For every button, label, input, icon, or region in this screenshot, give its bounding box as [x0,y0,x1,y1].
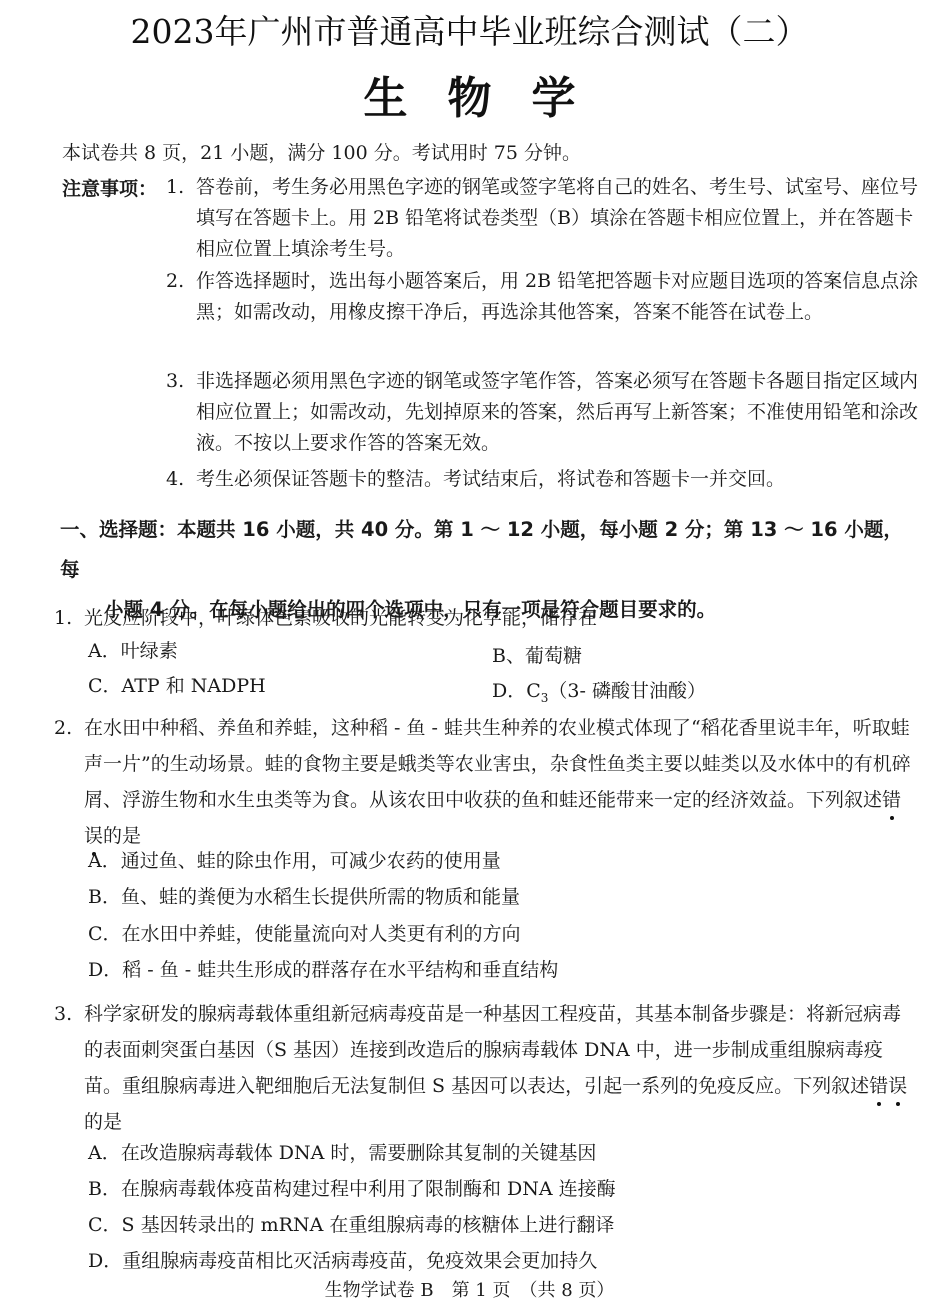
option-c[interactable]: C．S 基因转录出的 mRNA 在重组腺病毒的核糖体上进行翻译 [88,1210,614,1237]
note-text: 作答选择题时，选出每小题答案后，用 2B 铅笔把答题卡对应题目选项的答案信息点涂… [196,266,926,328]
note-item: 2. 作答选择题时，选出每小题答案后，用 2B 铅笔把答题卡对应题目选项的答案信… [166,266,926,328]
note-item: 3. 非选择题必须用黑色字迹的钢笔或签字笔作答，答案必须写在答题卡各题目指定区域… [166,366,926,459]
stem-text: 在水田中种稻、养鱼和养蛙，这种稻 - 鱼 - 蛙共生种养的农业模式体现了“稻花香… [84,717,911,811]
question-2: 2. 在水田中种稻、养鱼和养蛙，这种稻 - 鱼 - 蛙共生种养的农业模式体现了“… [54,710,914,854]
exam-page: 2023年广州市普通高中毕业班综合测试（二） 生物学 本试卷共 8 页，21 小… [0,0,939,1314]
stem-text: 的是 [103,825,141,847]
section-line-1: 一、选择题：本题共 16 小题，共 40 分。第 1 ～ 12 小题，每小题 2… [60,518,903,581]
option-b[interactable]: B．在腺病毒载体疫苗构建过程中利用了限制酶和 DNA 连接酶 [88,1174,616,1201]
emphasis-char: 错 [882,789,901,811]
question-stem: 在水田中种稻、养鱼和养蛙，这种稻 - 鱼 - 蛙共生种养的农业模式体现了“稻花香… [84,710,914,854]
option-d[interactable]: D．C3（3- 磷酸甘油酸） [492,676,706,705]
option-a[interactable]: A．叶绿素 [88,636,178,663]
note-item: 4. 考生必须保证答题卡的整洁。考试结束后，将试卷和答题卡一并交回。 [166,464,926,495]
note-number: 1. [166,172,192,203]
question-number: 2. [54,710,72,746]
stem-text: 科学家研发的腺病毒载体重组新冠病毒疫苗是一种基因工程疫苗，其基本制备步骤是：将新… [84,1003,901,1097]
option-d-prefix: D．C [492,680,541,702]
note-text: 非选择题必须用黑色字迹的钢笔或签字笔作答，答案必须写在答题卡各题目指定区域内相应… [196,366,926,459]
note-text: 考生必须保证答题卡的整洁。考试结束后，将试卷和答题卡一并交回。 [196,464,926,495]
page-footer: 生物学试卷 B 第 1 页 （共 8 页） [0,1276,939,1302]
option-c[interactable]: C．ATP 和 NADPH [88,671,266,698]
option-b[interactable]: B、葡萄糖 [492,641,582,668]
emphasis-char: 误 [84,825,103,847]
option-d[interactable]: D．重组腺病毒疫苗相比灭活病毒疫苗，免疫效果会更加持久 [88,1246,597,1273]
question-3: 3. 科学家研发的腺病毒载体重组新冠病毒疫苗是一种基因工程疫苗，其基本制备步骤是… [54,996,914,1140]
subject-title: 生物学 [0,62,939,126]
note-number: 2. [166,266,192,297]
emphasis-char: 错 [869,1075,888,1097]
option-a[interactable]: A．在改造腺病毒载体 DNA 时，需要删除其复制的关键基因 [88,1138,596,1165]
option-b[interactable]: B．鱼、蛙的粪便为水稻生长提供所需的物质和能量 [88,882,520,909]
exam-intro: 本试卷共 8 页，21 小题，满分 100 分。考试用时 75 分钟。 [62,138,581,165]
question-stem: 光反应阶段中，叶绿体色素吸收的光能转变为化学能，储存在 [84,600,914,636]
note-number: 3. [166,366,192,397]
option-d-suffix: （3- 磷酸甘油酸） [548,680,706,702]
question-stem: 科学家研发的腺病毒载体重组新冠病毒疫苗是一种基因工程疫苗，其基本制备步骤是：将新… [84,996,914,1140]
question-number: 3. [54,996,72,1032]
notes-label: 注意事项： [62,174,157,201]
note-number: 4. [166,464,192,495]
option-d[interactable]: D．稻 - 鱼 - 蛙共生形成的群落存在水平结构和垂直结构 [88,955,558,982]
note-item: 1. 答卷前，考生务必用黑色字迹的钢笔或签字笔将自己的姓名、考生号、试室号、座位… [166,172,926,265]
question-1: 1. 光反应阶段中，叶绿体色素吸收的光能转变为化学能，储存在 [54,600,914,636]
option-a[interactable]: A．通过鱼、蛙的除虫作用，可减少农药的使用量 [88,846,501,873]
note-text: 答卷前，考生务必用黑色字迹的钢笔或签字笔将自己的姓名、考生号、试室号、座位号填写… [196,172,926,265]
option-c[interactable]: C．在水田中养蛙，使能量流向对人类更有利的方向 [88,919,521,946]
exam-title: 2023年广州市普通高中毕业班综合测试（二） [0,6,939,53]
emphasis-char: 误 [888,1075,907,1097]
question-number: 1. [54,600,72,636]
stem-text: 的是 [84,1111,122,1133]
